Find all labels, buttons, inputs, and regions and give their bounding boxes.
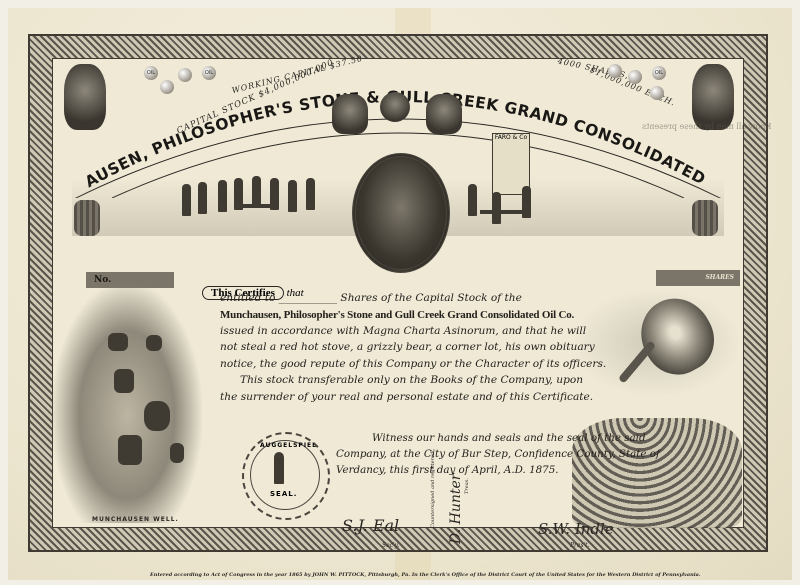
president-title: Pres't. [570,542,590,549]
seal-figure [274,452,284,484]
certificate-text: entitled to ___________ Shares of the Ca… [220,290,570,405]
president-signature: S.W. Indle [538,520,614,538]
bubble [178,68,192,82]
witness-clause: Witness our hands and seals and the seal… [336,430,660,478]
gambler-figure [492,192,501,224]
portrait-medallion [352,153,450,273]
body-line: This stock transferable only on the Book… [220,372,570,389]
body-line: notice, the good repute of this Company … [220,356,570,373]
flying-barrel [118,435,142,465]
body-line: issued in accordance with Magna Charta A… [220,323,570,340]
gaming-table [242,204,278,208]
seal-top-text: AUGGELSPIEL [260,442,317,449]
company-name: Munchausen, Philosopher's Stone and Gull… [220,307,570,323]
bubble [628,70,642,84]
mirrored-offset-text: Know all men by these presents [642,122,771,131]
crowd-figure [218,180,227,212]
treasurer-title: Treas. [464,478,470,494]
faro-sign: FARO & Co [495,134,527,141]
oil-bubble: OIL [144,66,158,80]
crowd-figure [182,184,191,216]
witness-line: Company, at the City of Bur Step, Confid… [336,446,660,462]
seal-bottom-text: SEAL. [270,490,297,498]
donkey-head-right [426,94,462,134]
bubble [160,80,174,94]
countersigned-label: Countersigned and registered [430,452,436,528]
crowd-figure [288,180,297,212]
treasurer-signature: D. Hunter [448,474,464,544]
body-line: the surrender of your real and personal … [220,389,570,406]
flying-barrel [108,333,128,351]
body-line: not steal a red hot stove, a grizzly bea… [220,339,570,356]
bubble-blower-left [64,64,106,130]
body-line: entitled to ___________ Shares of the Ca… [220,290,570,307]
shares-count-box[interactable]: SHARES [656,270,740,286]
crowd-figure [198,182,207,214]
bubble-blower-right [692,64,734,130]
fox-head [380,92,410,122]
faro-table [480,210,524,214]
secretary-title: Sec'y. [382,542,399,549]
certificate-body: MUNCHAUSEN, PHILOSOPHER'S STONE & GULL C… [52,58,744,528]
donkey-head-left [332,94,368,134]
oil-bubble: OIL [202,66,216,80]
copyright-footer: Entered according to Act of Congress in … [150,572,701,578]
flying-barrel [146,335,162,351]
oil-barrel-left [74,200,100,236]
flying-barrel [114,369,134,393]
bubble [608,64,622,78]
well-caption: MUNCHAUSEN WELL. [92,516,179,523]
bubble [650,86,664,100]
company-seal: AUGGELSPIEL SEAL. [242,432,330,520]
gambler-figure [468,184,477,216]
oil-barrel-right [692,200,718,236]
oil-bubble: OIL [652,66,666,80]
seal-inner-ring [250,440,320,510]
witness-line: Witness our hands and seals and the seal… [336,430,660,446]
munchausen-well-vignette [52,283,202,523]
flying-figure [170,443,184,463]
secretary-signature: S.J. Eal [342,516,399,535]
flying-balloon-basket [144,401,170,431]
crowd-figure [306,178,315,210]
witness-line: Verdancy, this first day of April, A.D. … [336,462,660,478]
